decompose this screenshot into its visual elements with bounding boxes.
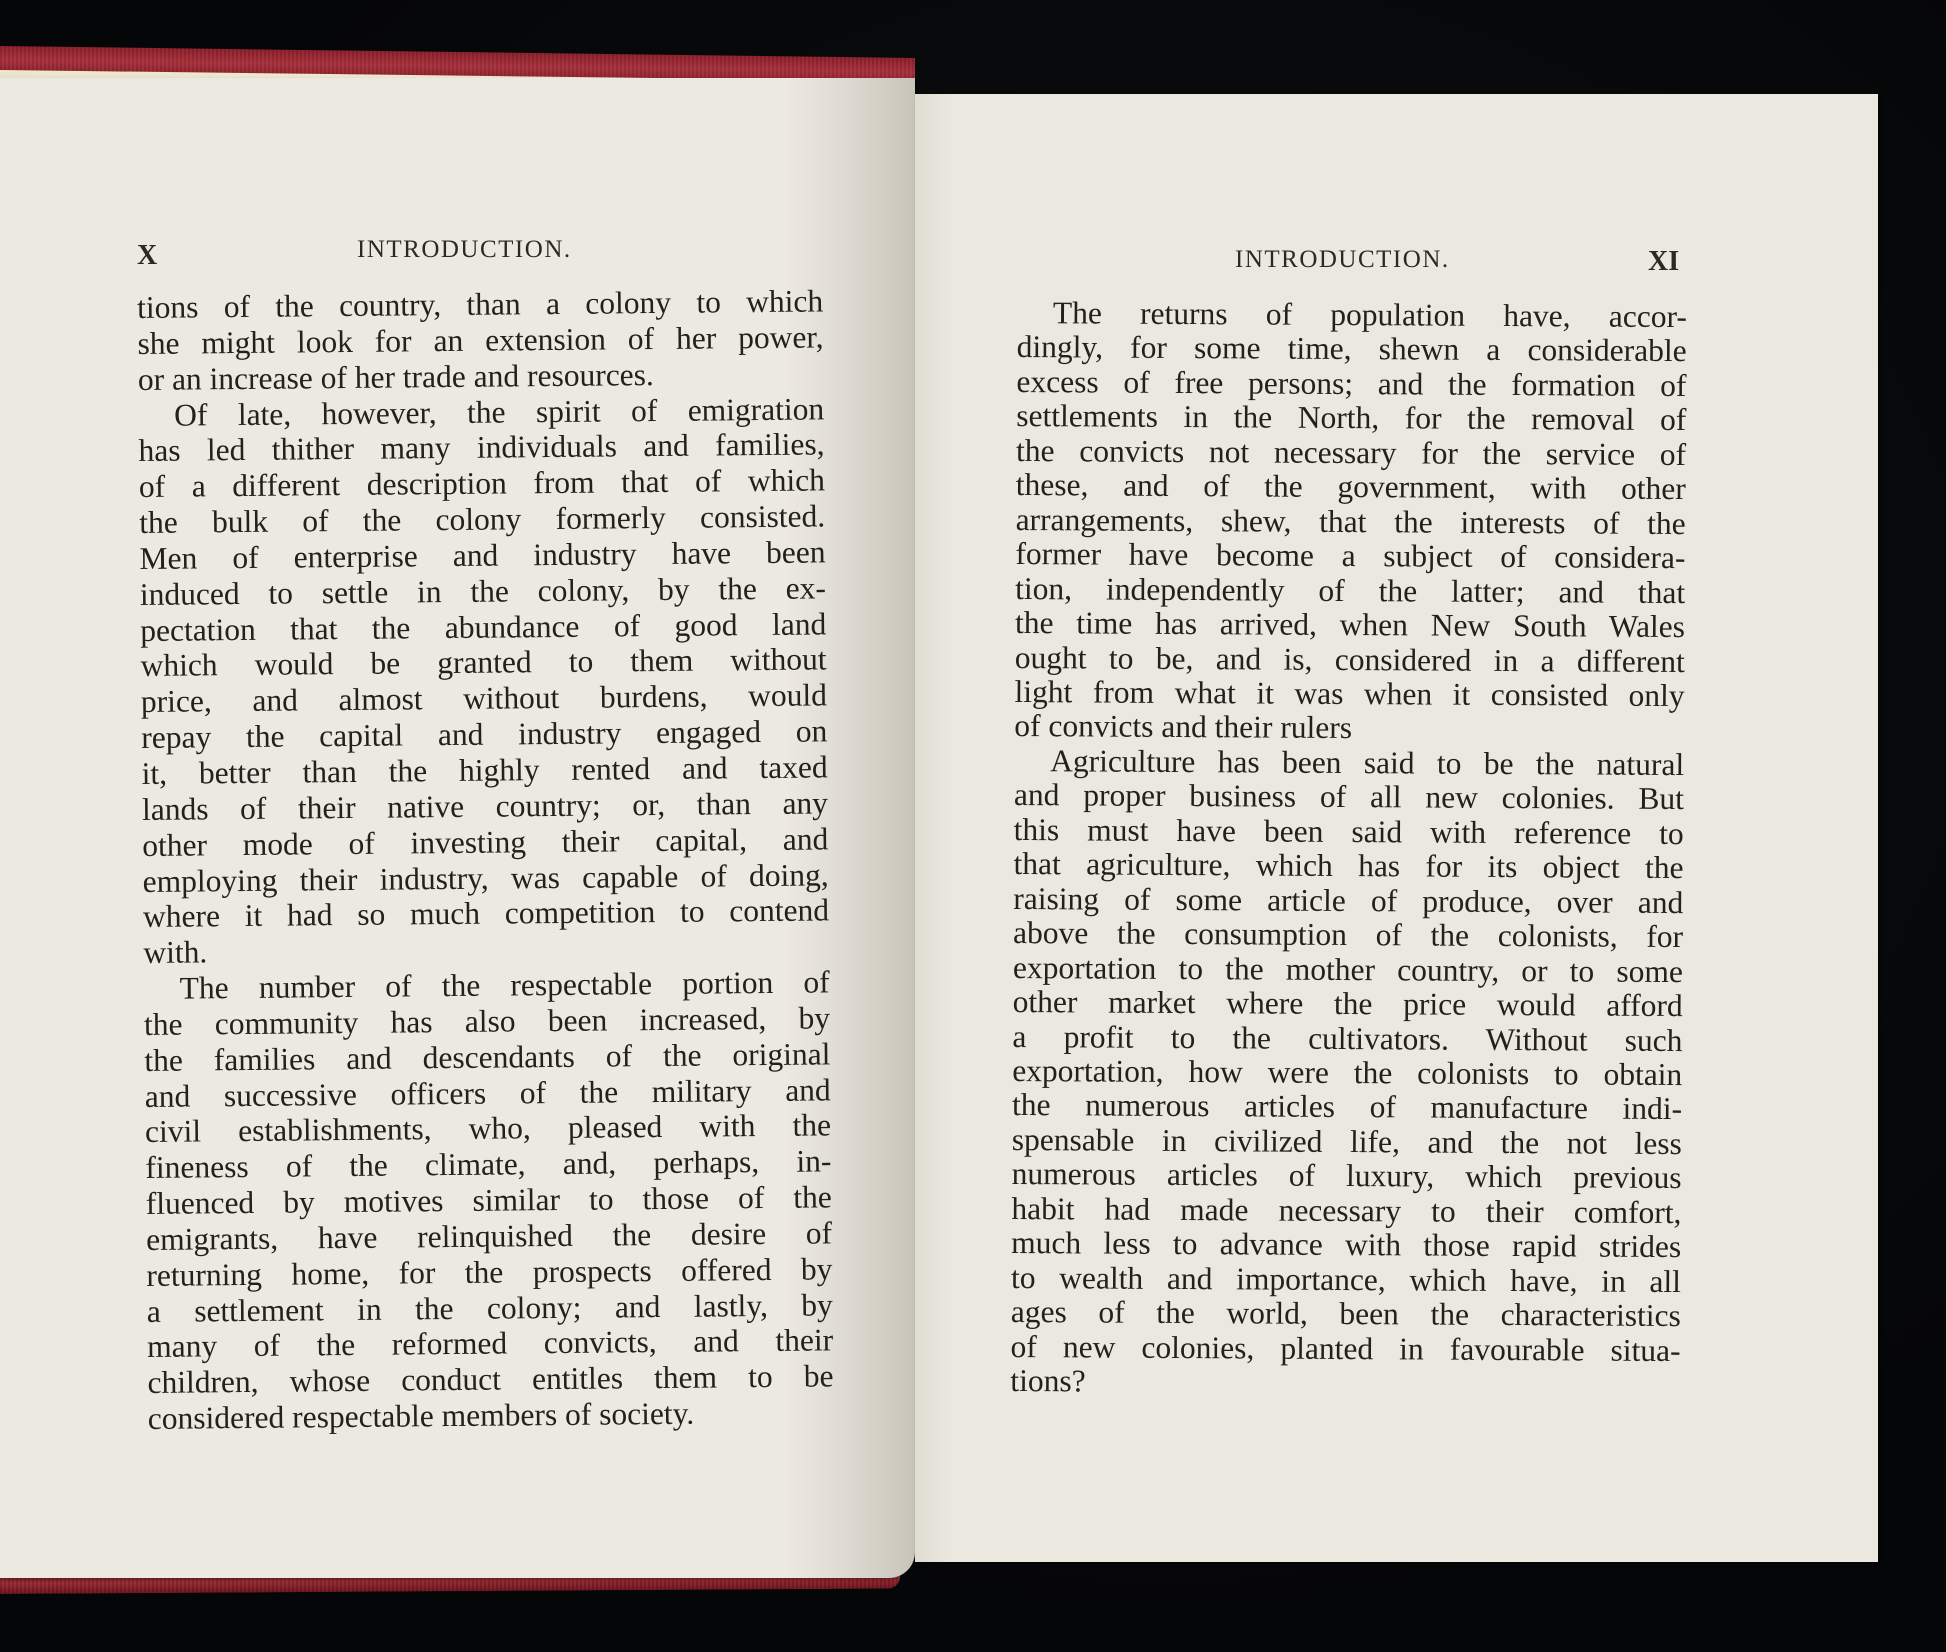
text-line: tions?	[1010, 1364, 1680, 1403]
text-line: these, and of the government, with other	[1016, 468, 1686, 507]
text-line: other market where the price would affor…	[1013, 985, 1683, 1024]
text-line: returning home, for the prospects offere…	[146, 1251, 832, 1293]
text-line: exportation, how were the colonists to o…	[1012, 1054, 1682, 1093]
text-line: of convicts and their rulers	[1014, 709, 1684, 748]
text-line: raising of some article of produce, over…	[1013, 882, 1683, 921]
text-line: tion, independently of the latter; and t…	[1015, 572, 1685, 611]
text-line: former have become a subject of consider…	[1015, 537, 1685, 576]
text-line: numerous articles of luxury, which previ…	[1012, 1157, 1682, 1196]
text-line: above the consumption of the colonists, …	[1013, 916, 1683, 955]
text-line: a profit to the cultivators. Without suc…	[1012, 1020, 1682, 1059]
text-line: and proper business of all new colonies.…	[1014, 778, 1684, 817]
text-line: spensable in civilized life, and the not…	[1012, 1123, 1682, 1162]
left-page-body: tions of the country, than a colony to w…	[137, 283, 834, 1437]
text-line: settlements in the North, for the remova…	[1016, 399, 1686, 438]
right-running-head: INTRODUCTION.	[1235, 246, 1450, 274]
text-line: lands of their native country; or, than …	[142, 785, 828, 827]
text-line: Men of enterprise and industry have been	[139, 534, 825, 576]
text-line: the community has also been increased, b…	[144, 1000, 830, 1042]
text-line: the time has arrived, when New South Wal…	[1015, 606, 1685, 645]
text-line: of new colonies, planted in favourable s…	[1010, 1330, 1680, 1369]
text-line: the numerous articles of manufacture ind…	[1012, 1088, 1682, 1127]
text-line: she might look for an extension of her p…	[137, 319, 823, 361]
left-page-number: X	[137, 240, 157, 272]
text-line: to wealth and importance, which have, in…	[1011, 1261, 1681, 1300]
text-line: considered respectable members of societ…	[148, 1395, 834, 1437]
text-line: other mode of investing their capital, a…	[142, 821, 828, 863]
text-line: children, whose conduct entitles them to…	[147, 1359, 833, 1401]
text-line: excess of free persons; and the formatio…	[1016, 365, 1686, 404]
text-line: light from what it was when it consisted…	[1014, 675, 1684, 714]
right-page-number: XI	[1648, 246, 1679, 278]
text-line: The returns of population have, accor-	[1017, 296, 1687, 335]
text-line: ages of the world, been the characterist…	[1011, 1295, 1681, 1334]
left-running-head: INTRODUCTION.	[357, 236, 572, 264]
text-line: dingly, for some time, shewn a considera…	[1017, 330, 1687, 369]
text-line: Agriculture has been said to be the natu…	[1014, 744, 1684, 783]
text-line: habit had made necessary to their comfor…	[1011, 1192, 1681, 1231]
text-line: the convicts not necessary for the servi…	[1016, 434, 1686, 473]
text-line: arrangements, shew, that the interests o…	[1016, 503, 1686, 542]
right-page-body: The returns of population have, accor-di…	[1010, 296, 1687, 1403]
text-line: ought to be, and is, considered in a dif…	[1015, 641, 1685, 680]
text-line: that agriculture, which has for its obje…	[1013, 847, 1683, 886]
text-line: exportation to the mother country, or to…	[1013, 951, 1683, 990]
text-line: where it had so much competition to cont…	[143, 893, 829, 935]
text-line: induced to settle in the colony, by the …	[140, 570, 826, 612]
text-line: much less to advance with those rapid st…	[1011, 1226, 1681, 1265]
text-line: this must have been said with reference …	[1014, 813, 1684, 852]
text-line: the families and descendants of the orig…	[144, 1036, 830, 1078]
